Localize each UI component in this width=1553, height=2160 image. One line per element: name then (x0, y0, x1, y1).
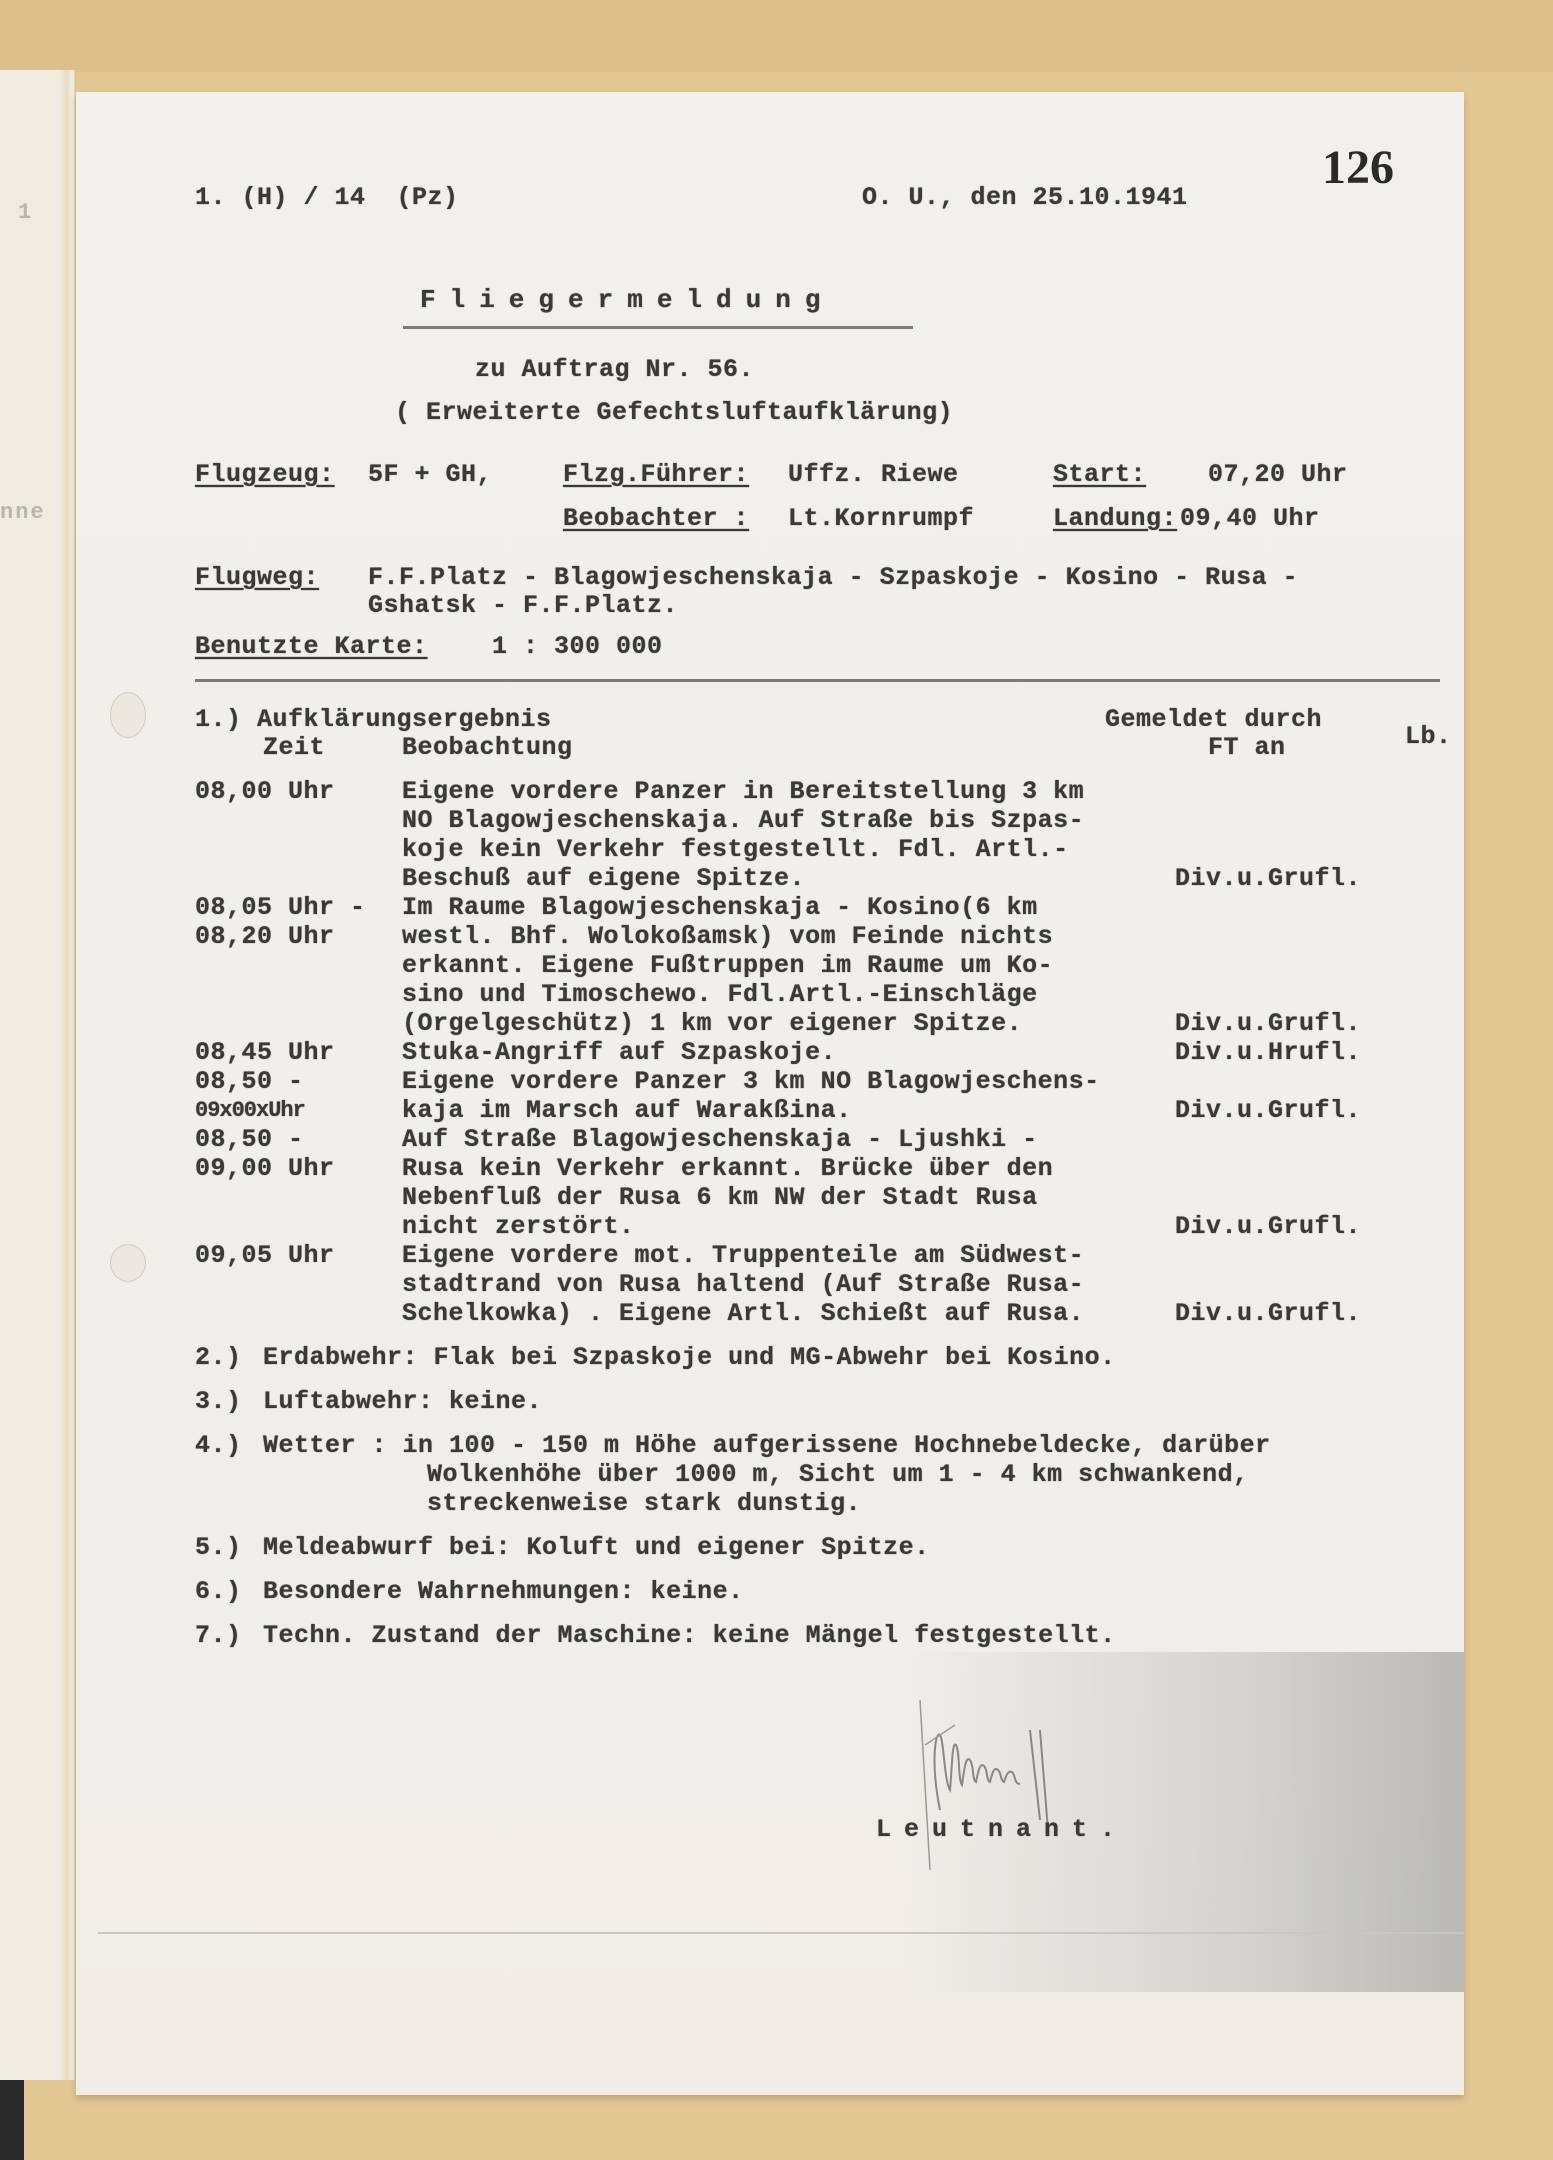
pilot-label: Flzg.Führer: (563, 460, 749, 489)
map-label: Benutzte Karte: (195, 632, 428, 661)
entry-reported: Div.u.Grufl. (1175, 864, 1361, 893)
item-message-drop: Meldeabwurf bei: Koluft und eigener Spit… (263, 1533, 930, 1562)
entry-text: Eigene vordere Panzer in Bereitstellung … (402, 777, 1084, 806)
unit-designation: 1. (H) / 14 (Pz) (195, 183, 459, 212)
order-reference: zu Auftrag Nr. 56. (475, 355, 754, 384)
item-number: 3.) (195, 1387, 242, 1416)
entry-time: 09,00 Uhr (195, 1154, 335, 1183)
entry-reported: Div.u.Grufl. (1175, 1299, 1361, 1328)
observer-label: Beobachter : (563, 504, 749, 533)
item-number: 5.) (195, 1533, 242, 1562)
entry-text: kaja im Marsch auf Warakßina. (402, 1096, 852, 1125)
entry-reported: Div.u.Grufl. (1175, 1096, 1361, 1125)
photocopy-edge (98, 1932, 1464, 1934)
entry-time: 08,20 Uhr (195, 922, 335, 951)
entry-reported: Div.u.Grufl. (1175, 1212, 1361, 1241)
entry-text: Schelkowka) . Eigene Artl. Schießt auf R… (402, 1299, 1084, 1328)
map-scale: 1 : 300 000 (492, 632, 663, 661)
entry-text: NO Blagowjeschenskaja. Auf Straße bis Sz… (402, 806, 1084, 835)
column-header-observation: Beobachtung (402, 733, 573, 762)
entry-text: Rusa kein Verkehr erkannt. Brücke über d… (402, 1154, 1053, 1183)
item-aircraft-condition: Techn. Zustand der Maschine: keine Mänge… (263, 1621, 1116, 1650)
column-header-reported-ft: FT an (1208, 733, 1286, 762)
column-header-lb: Lb. (1405, 722, 1452, 751)
folio-number: 126 (1322, 140, 1394, 195)
section-separator (195, 679, 1440, 682)
entry-text: koje kein Verkehr festgestellt. Fdl. Art… (402, 835, 1069, 864)
entry-text: Im Raume Blagowjeschenskaja - Kosino(6 k… (402, 893, 1038, 922)
route-label: Flugweg: (195, 563, 319, 592)
item-number: 7.) (195, 1621, 242, 1650)
item-number: 4.) (195, 1431, 242, 1460)
entry-text: nicht zerstört. (402, 1212, 635, 1241)
entry-time: 08,50 - (195, 1067, 304, 1096)
route-line: F.F.Platz - Blagowjeschenskaja - Szpasko… (368, 563, 1298, 592)
entry-time: 08,05 Uhr - (195, 893, 366, 922)
punch-hole (110, 1244, 146, 1282)
landing-label: Landung: (1053, 504, 1177, 533)
item-air-defense: Luftabwehr: keine. (263, 1387, 542, 1416)
aircraft-value: 5F + GH, (368, 460, 492, 489)
entry-time-struck: 09x00xUhr (195, 1096, 305, 1125)
item-number: 6.) (195, 1577, 242, 1606)
binding-edge (0, 2080, 24, 2160)
mission-type: ( Erweiterte Gefechtsluftaufklärung) (395, 398, 953, 427)
entry-text: Eigene vordere Panzer 3 km NO Blagowjesc… (402, 1067, 1100, 1096)
signature-rank: Leutnant. (876, 1815, 1128, 1844)
entry-text: (Orgelgeschütz) 1 km vor eigener Spitze. (402, 1009, 1022, 1038)
route-line: Gshatsk - F.F.Platz. (368, 591, 678, 620)
item-weather-cont: streckenweise stark dunstig. (427, 1489, 861, 1518)
start-value: 07,20 Uhr (1208, 460, 1348, 489)
entry-time: 08,00 Uhr (195, 777, 335, 806)
column-header-reported: Gemeldet durch (1105, 705, 1322, 734)
punch-hole (110, 692, 146, 738)
entry-time: 08,45 Uhr (195, 1038, 335, 1067)
column-header-time: Zeit (263, 733, 325, 762)
left-page-fragment: nne (0, 500, 46, 525)
entry-time: 09,05 Uhr (195, 1241, 335, 1270)
place-date: O. U., den 25.10.1941 (862, 183, 1188, 212)
item-ground-defense: Erdabwehr: Flak bei Szpaskoje und MG-Abw… (263, 1343, 1116, 1372)
entry-text: Eigene vordere mot. Truppenteile am Südw… (402, 1241, 1084, 1270)
entry-text: Stuka-Angriff auf Szpaskoje. (402, 1038, 836, 1067)
entry-text: Beschuß auf eigene Spitze. (402, 864, 805, 893)
landing-value: 09,40 Uhr (1180, 504, 1320, 533)
item-weather: Wetter : in 100 - 150 m Höhe aufgerissen… (263, 1431, 1271, 1460)
entry-time: 08,50 - (195, 1125, 304, 1154)
item-weather-cont: Wolkenhöhe über 1000 m, Sicht um 1 - 4 k… (427, 1460, 1249, 1489)
title-underline (403, 326, 913, 329)
pilot-value: Uffz. Riewe (788, 460, 959, 489)
left-page-fragment: 1 (18, 200, 31, 225)
entry-text: erkannt. Eigene Fußtruppen im Raume um K… (402, 951, 1053, 980)
observer-value: Lt.Kornrumpf (788, 504, 974, 533)
entry-text: sino und Timoschewo. Fdl.Artl.-Einschläg… (402, 980, 1038, 1009)
start-label: Start: (1053, 460, 1146, 489)
binding-spine (62, 70, 72, 2080)
entry-text: Nebenfluß der Rusa 6 km NW der Stadt Rus… (402, 1183, 1038, 1212)
entry-reported: Div.u.Hrufl. (1175, 1038, 1361, 1067)
entry-text: Auf Straße Blagowjeschenskaja - Ljushki … (402, 1125, 1038, 1154)
entry-reported: Div.u.Grufl. (1175, 1009, 1361, 1038)
section1-heading: 1.) Aufklärungsergebnis (195, 705, 552, 734)
handwritten-signature (900, 1700, 1180, 1890)
document-title: Fliegermeldung (420, 286, 834, 315)
item-number: 2.) (195, 1343, 242, 1372)
aircraft-label: Flugzeug: (195, 460, 335, 489)
entry-text: stadtrand von Rusa haltend (Auf Straße R… (402, 1270, 1084, 1299)
folder-background (0, 0, 1553, 72)
entry-text: westl. Bhf. Wolokoßamsk) vom Feinde nich… (402, 922, 1053, 951)
item-observations: Besondere Wahrnehmungen: keine. (263, 1577, 744, 1606)
